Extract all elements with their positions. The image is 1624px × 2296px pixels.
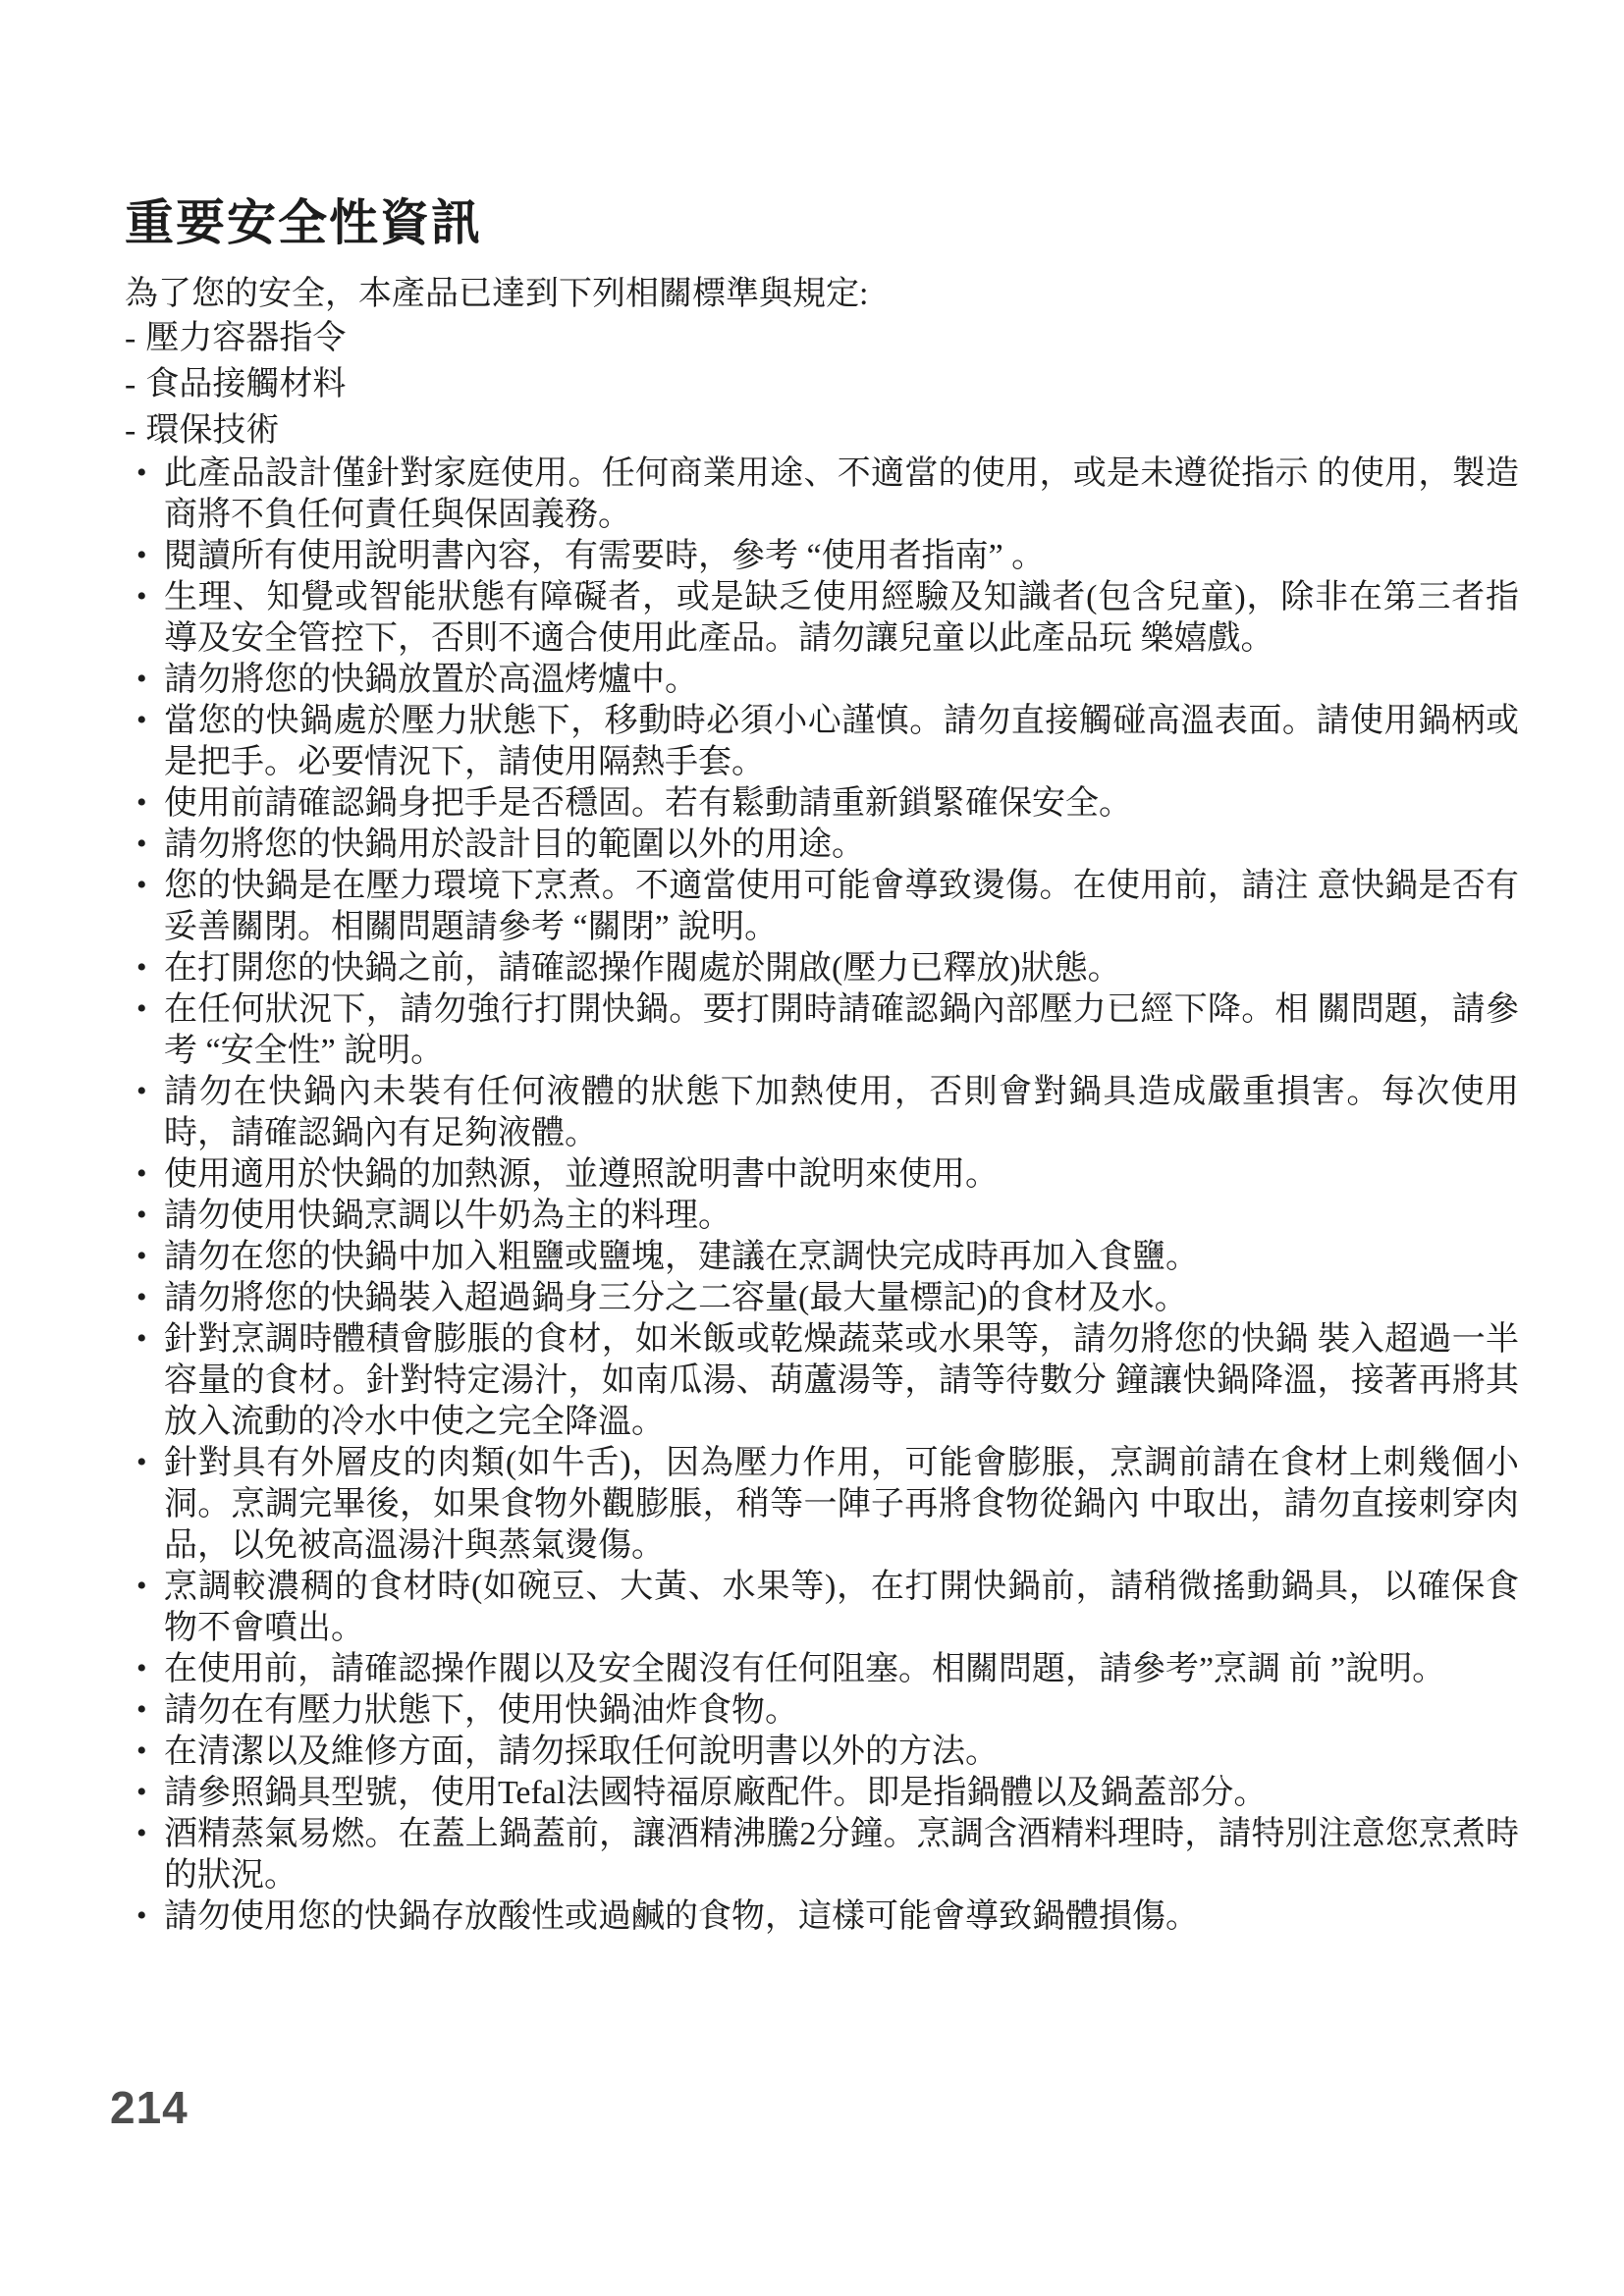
manual-page: 重要安全性資訊 為了您的安全，本產品已達到下列相關標準與規定: -壓力容器指令 … xyxy=(0,0,1624,2296)
standard-text: 食品接觸材料 xyxy=(145,366,346,402)
bullet-dot-icon: • xyxy=(136,1648,147,1689)
bullet-dot-icon: • xyxy=(136,1442,147,1483)
bullet-dot-icon: • xyxy=(136,1813,147,1854)
bullet-text: 請勿在有壓力狀態下，使用快鍋油炸食物。 xyxy=(164,1692,798,1729)
bullet-dot-icon: • xyxy=(136,576,147,617)
bullet-dot-icon: • xyxy=(136,1071,147,1112)
bullet-dot-icon: • xyxy=(136,1277,147,1318)
bullet-text: 請勿將您的快鍋用於設計目的範圍以外的用途。 xyxy=(164,827,865,863)
bullet-text: 閱讀所有使用說明書內容，有需要時，參考 “使用者指南” 。 xyxy=(164,538,1045,574)
safety-bullet: •使用前請確認鍋身把手是否穩固。若有鬆動請重新鎖緊確保安全。 xyxy=(125,783,1519,825)
bullet-dot-icon: • xyxy=(136,824,147,865)
page-title: 重要安全性資訊 xyxy=(125,196,1519,250)
bullet-dot-icon: • xyxy=(136,700,147,741)
bullet-text: 酒精蒸氣易燃。在蓋上鍋蓋前，讓酒精沸騰2分鐘。烹調含酒精料理時，請特別注意您烹煮… xyxy=(164,1816,1519,1894)
bullet-text: 請勿使用快鍋烹調以牛奶為主的料理。 xyxy=(164,1198,731,1234)
bullet-text: 請勿將您的快鍋放置於高溫烤爐中。 xyxy=(164,662,698,698)
bullet-text: 在使用前，請確認操作閥以及安全閥沒有任何阻塞。相關問題，請參考”烹調 前 ”說明… xyxy=(164,1651,1445,1687)
safety-bullet: •請勿在有壓力狀態下，使用快鍋油炸食物。 xyxy=(125,1690,1519,1732)
safety-bullet: •請參照鍋具型號，使用Tefal法國特福原廠配件。即是指鍋體以及鍋蓋部分。 xyxy=(125,1773,1519,1814)
bullet-dot-icon: • xyxy=(136,659,147,700)
standard-item: -環保技術 xyxy=(125,407,1519,454)
intro-text: 為了您的安全，本產品已達到下列相關標準與規定: xyxy=(125,274,1519,315)
safety-bullet: •酒精蒸氣易燃。在蓋上鍋蓋前，讓酒精沸騰2分鐘。烹調含酒精料理時，請特別注意您烹… xyxy=(125,1814,1519,1896)
bullet-dot-icon: • xyxy=(136,947,147,988)
bullet-dot-icon: • xyxy=(136,1772,147,1813)
bullet-text: 在打開您的快鍋之前，請確認操作閥處於開啟(壓力已釋放)狀態。 xyxy=(164,950,1121,987)
bullet-dot-icon: • xyxy=(136,1689,147,1731)
safety-bullet: •使用適用於快鍋的加熱源，並遵照說明書中說明來使用。 xyxy=(125,1154,1519,1196)
safety-bullet: •當您的快鍋處於壓力狀態下，移動時必須小心謹慎。請勿直接觸碰高溫表面。請使用鍋柄… xyxy=(125,701,1519,783)
safety-bullet: •請勿使用快鍋烹調以牛奶為主的料理。 xyxy=(125,1196,1519,1237)
bullet-text: 請勿將您的快鍋裝入超過鍋身三分之二容量(最大量標記)的食材及水。 xyxy=(164,1280,1188,1316)
bullet-dot-icon: • xyxy=(136,865,147,906)
safety-bullet: •您的快鍋是在壓力環境下烹煮。不適當使用可能會導致燙傷。在使用前，請注 意快鍋是… xyxy=(125,866,1519,948)
bullet-text: 此產品設計僅針對家庭使用。任何商業用途、不適當的使用，或是未遵從指示 的使用，製… xyxy=(164,455,1519,533)
bullet-dot-icon: • xyxy=(136,1153,147,1195)
bullet-text: 請勿在快鍋內未裝有任何液體的狀態下加熱使用，否則會對鍋具造成嚴重損害。每次使用時… xyxy=(164,1074,1519,1151)
standard-item: -壓力容器指令 xyxy=(125,315,1519,361)
standard-text: 壓力容器指令 xyxy=(145,320,346,356)
bullet-dot-icon: • xyxy=(136,453,147,494)
bullet-text: 生理、知覺或智能狀態有障礙者，或是缺乏使用經驗及知識者(包含兒童)，除非在第三者… xyxy=(164,579,1519,657)
bullet-text: 請勿在您的快鍋中加入粗鹽或鹽塊，建議在烹調快完成時再加入食鹽。 xyxy=(164,1239,1199,1275)
safety-bullet: •此產品設計僅針對家庭使用。任何商業用途、不適當的使用，或是未遵從指示 的使用，… xyxy=(125,454,1519,536)
dash-marker: - xyxy=(125,361,135,407)
safety-bullet: •請勿將您的快鍋放置於高溫烤爐中。 xyxy=(125,660,1519,701)
bullet-dot-icon: • xyxy=(136,535,147,576)
bullet-dot-icon: • xyxy=(136,1566,147,1607)
bullet-dot-icon: • xyxy=(136,782,147,824)
dash-marker: - xyxy=(125,315,135,361)
safety-bullet: •請勿將您的快鍋用於設計目的範圍以外的用途。 xyxy=(125,825,1519,866)
safety-info-section: 重要安全性資訊 為了您的安全，本產品已達到下列相關標準與規定: -壓力容器指令 … xyxy=(125,196,1519,1938)
standard-text: 環保技術 xyxy=(145,412,279,449)
bullet-dot-icon: • xyxy=(136,1896,147,1937)
bullet-text: 當您的快鍋處於壓力狀態下，移動時必須小心謹慎。請勿直接觸碰高溫表面。請使用鍋柄或… xyxy=(164,703,1519,780)
page-number: 214 xyxy=(110,2081,189,2134)
safety-bullet: •在使用前，請確認操作閥以及安全閥沒有任何阻塞。相關問題，請參考”烹調 前 ”說… xyxy=(125,1649,1519,1690)
bullet-text: 針對具有外層皮的肉類(如牛舌)，因為壓力作用，可能會膨脹，烹調前請在食材上刺幾個… xyxy=(164,1445,1519,1564)
bullet-dot-icon: • xyxy=(136,1195,147,1236)
bullet-text: 您的快鍋是在壓力環境下烹煮。不適當使用可能會導致燙傷。在使用前，請注 意快鍋是否… xyxy=(164,868,1519,945)
bullet-text: 使用適用於快鍋的加熱源，並遵照說明書中說明來使用。 xyxy=(164,1156,999,1193)
bullet-dot-icon: • xyxy=(136,988,147,1030)
bullet-dot-icon: • xyxy=(136,1236,147,1277)
safety-bullet: •烹調較濃稠的食材時(如碗豆、大黃、水果等)，在打開快鍋前，請稍微搖動鍋具，以確… xyxy=(125,1567,1519,1649)
safety-bullet: •閱讀所有使用說明書內容，有需要時，參考 “使用者指南” 。 xyxy=(125,536,1519,577)
bullet-text: 在任何狀況下，請勿強行打開快鍋。要打開時請確認鍋內部壓力已經下降。相 關問題，請… xyxy=(164,991,1519,1069)
safety-bullet: •生理、知覺或智能狀態有障礙者，或是缺乏使用經驗及知識者(包含兒童)，除非在第三… xyxy=(125,577,1519,660)
bullet-text: 使用前請確認鍋身把手是否穩固。若有鬆動請重新鎖緊確保安全。 xyxy=(164,785,1132,822)
safety-bullet: •在清潔以及維修方面，請勿採取任何說明書以外的方法。 xyxy=(125,1732,1519,1773)
dash-marker: - xyxy=(125,407,135,454)
bullet-text: 請參照鍋具型號，使用Tefal法國特福原廠配件。即是指鍋體以及鍋蓋部分。 xyxy=(164,1775,1267,1811)
bullet-dot-icon: • xyxy=(136,1318,147,1360)
bullet-text: 在清潔以及維修方面，請勿採取任何說明書以外的方法。 xyxy=(164,1734,999,1770)
bullet-text: 烹調較濃稠的食材時(如碗豆、大黃、水果等)，在打開快鍋前，請稍微搖動鍋具，以確保… xyxy=(164,1569,1519,1646)
bullet-text: 請勿使用您的快鍋存放酸性或過鹹的食物，這樣可能會導致鍋體損傷。 xyxy=(164,1898,1199,1935)
safety-bullet: •針對烹調時體積會膨脹的食材，如米飯或乾燥蔬菜或水果等，請勿將您的快鍋 裝入超過… xyxy=(125,1319,1519,1443)
safety-bullet: •請勿使用您的快鍋存放酸性或過鹹的食物，這樣可能會導致鍋體損傷。 xyxy=(125,1896,1519,1938)
safety-bullet: •請勿在快鍋內未裝有任何液體的狀態下加熱使用，否則會對鍋具造成嚴重損害。每次使用… xyxy=(125,1072,1519,1154)
safety-bullet: •在任何狀況下，請勿強行打開快鍋。要打開時請確認鍋內部壓力已經下降。相 關問題，… xyxy=(125,989,1519,1072)
safety-bullet: •請勿將您的快鍋裝入超過鍋身三分之二容量(最大量標記)的食材及水。 xyxy=(125,1278,1519,1319)
safety-bullet: •在打開您的快鍋之前，請確認操作閥處於開啟(壓力已釋放)狀態。 xyxy=(125,948,1519,989)
bullet-text: 針對烹調時體積會膨脹的食材，如米飯或乾燥蔬菜或水果等，請勿將您的快鍋 裝入超過一… xyxy=(164,1321,1519,1440)
safety-bullet: •請勿在您的快鍋中加入粗鹽或鹽塊，建議在烹調快完成時再加入食鹽。 xyxy=(125,1237,1519,1278)
bullet-dot-icon: • xyxy=(136,1731,147,1772)
safety-bullet: •針對具有外層皮的肉類(如牛舌)，因為壓力作用，可能會膨脹，烹調前請在食材上刺幾… xyxy=(125,1443,1519,1567)
standard-item: -食品接觸材料 xyxy=(125,361,1519,407)
